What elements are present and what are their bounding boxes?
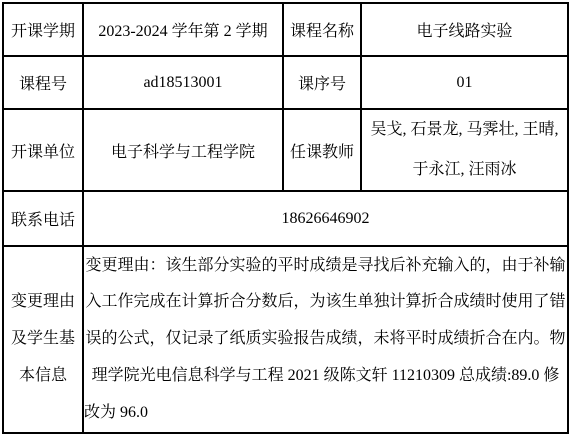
table-row-course-number: 课程号 ad18513001 课序号 01 xyxy=(3,56,568,109)
class-number-value: 01 xyxy=(361,56,568,109)
department-value: 电子科学与工程学院 xyxy=(83,109,283,191)
table-row-phone: 联系电话 18626646902 xyxy=(3,191,568,246)
semester-label: 开课学期 xyxy=(3,3,83,56)
table-row-department-teachers: 开课单位 电子科学与工程学院 任课教师 吴戈, 石景龙, 马霁壮, 王晴, 于永… xyxy=(3,109,568,191)
teachers-value: 吴戈, 石景龙, 马霁壮, 王晴, 于永江, 汪雨冰 xyxy=(361,109,568,191)
class-number-label: 课序号 xyxy=(283,56,361,109)
teachers-label: 任课教师 xyxy=(283,109,361,191)
course-number-value: ad18513001 xyxy=(83,56,283,109)
course-number-label: 课程号 xyxy=(3,56,83,109)
grade-change-form-page: 开课学期 2023-2024 学年第 2 学期 课程名称 电子线路实验 课程号 … xyxy=(0,0,571,435)
phone-label: 联系电话 xyxy=(3,191,83,246)
table-row-semester: 开课学期 2023-2024 学年第 2 学期 课程名称 电子线路实验 xyxy=(3,3,568,56)
course-change-table: 开课学期 2023-2024 学年第 2 学期 课程名称 电子线路实验 课程号 … xyxy=(2,2,569,434)
department-label: 开课单位 xyxy=(3,109,83,191)
change-reason-label: 变更理由及学生基本信息 xyxy=(3,246,83,433)
course-name-value: 电子线路实验 xyxy=(361,3,568,56)
phone-value: 18626646902 xyxy=(83,191,568,246)
semester-value: 2023-2024 学年第 2 学期 xyxy=(83,3,283,56)
course-name-label: 课程名称 xyxy=(283,3,361,56)
change-reason-text: 变更理由：该生部分实验的平时成绩是寻找后补充输入的，由于补输入工作完成在计算折合… xyxy=(83,246,568,433)
table-row-change-reason: 变更理由及学生基本信息 变更理由：该生部分实验的平时成绩是寻找后补充输入的，由于… xyxy=(3,246,568,433)
